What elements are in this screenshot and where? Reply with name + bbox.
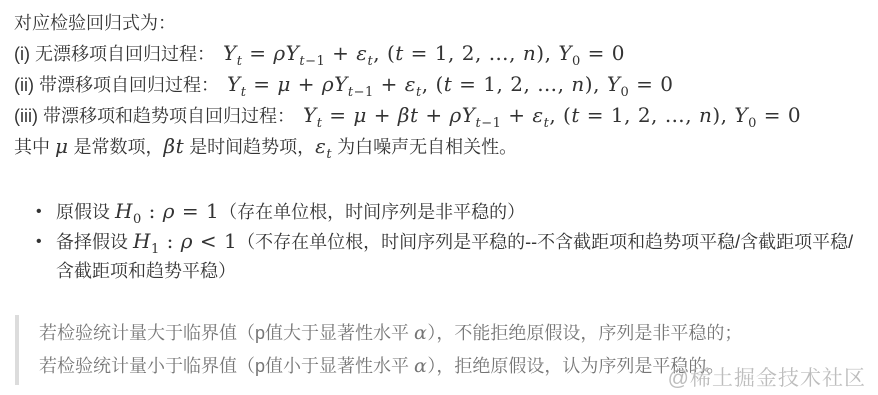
- decision-rule-blockquote: 若检验统计量大于临界值（p值大于显著性水平 α），不能拒绝原假设，序列是非平稳的…: [15, 315, 870, 385]
- equation-line-with-drift: (ii) 带漂移项自回归过程：Yt = μ + ρYt−1 + εt, (t =…: [14, 69, 870, 100]
- math-expression: H1 : ρ < 1: [133, 229, 237, 253]
- math-expression: βt: [164, 134, 185, 158]
- math-expression: μ: [55, 134, 69, 158]
- where-terms-line: 其中 μ 是常数项，βt 是时间趋势项，εt 为白噪声无自相关性。: [14, 131, 870, 162]
- math-expression: H0 : ρ = 1: [115, 199, 219, 223]
- math-expression: Yt = ρYt−1 + εt, (t = 1, 2, …, n), Y0 = …: [223, 41, 625, 65]
- equation-line-drift-and-trend: (iii) 带漂移项和趋势项自回归过程：Yt = μ + βt + ρYt−1 …: [14, 100, 870, 131]
- hypothesis-list: 原假设 H0 : ρ = 1（存在单位根，时间序列是非平稳的） 备择假设 H1 …: [14, 197, 870, 286]
- article-content: 对应检验回归式为： (i) 无漂移项自回归过程：Yt = ρYt−1 + εt,…: [0, 0, 878, 395]
- math-expression: Yt = μ + βt + ρYt−1 + εt, (t = 1, 2, …, …: [303, 103, 801, 127]
- math-expression: α: [414, 355, 427, 377]
- null-hypothesis-item: 原假设 H0 : ρ = 1（存在单位根，时间序列是非平稳的）: [34, 197, 870, 227]
- math-expression: εt: [315, 134, 332, 158]
- rule-fail-to-reject-line: 若检验统计量大于临界值（p值大于显著性水平 α），不能拒绝原假设，序列是非平稳的…: [39, 317, 870, 350]
- equation-line-no-drift: (i) 无漂移项自回归过程：Yt = ρYt−1 + εt, (t = 1, 2…: [14, 38, 870, 69]
- intro-line: 对应检验回归式为：: [14, 8, 870, 38]
- math-expression: Yt = μ + ρYt−1 + εt, (t = 1, 2, …, n), Y…: [227, 72, 674, 96]
- rule-reject-line: 若检验统计量小于临界值（p值小于显著性水平 α），拒绝原假设，认为序列是平稳的。: [39, 350, 870, 383]
- math-expression: α: [414, 322, 427, 344]
- alternative-hypothesis-item: 备择假设 H1 : ρ < 1（不存在单位根，时间序列是平稳的--不含截距项和趋…: [34, 227, 870, 286]
